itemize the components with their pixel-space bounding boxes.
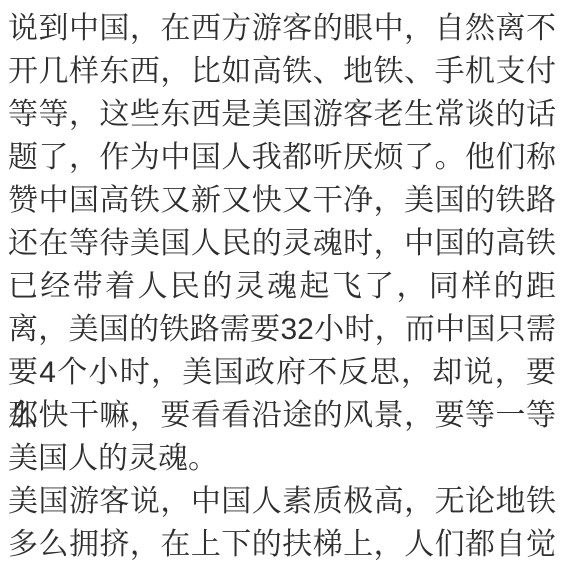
text-page: 说到中国，在西方游客的眼中，自然离不开几样东西，比如高铁、地铁、手机支付等等，这… xyxy=(0,0,564,577)
text-line: 么快干嘛，要看看沿途的风景，要等一等 xyxy=(8,394,556,437)
text-line: 说到中国，在西方游客的眼中，自然离不 xyxy=(8,7,556,50)
text-line: 题了，作为中国人我都听厌烦了。他们称 xyxy=(8,136,556,179)
text-line: 美国游客说，中国人素质极高，无论地铁 xyxy=(8,480,556,523)
text-line: 多么拥挤，在上下的扶梯上，人们都自觉 xyxy=(8,523,556,566)
text-line: 等等，这些东西是美国游客老生常谈的话 xyxy=(8,93,556,136)
text-line: 已经带着人民的灵魂起飞了，同样的距 xyxy=(8,265,556,308)
text-body: 说到中国，在西方游客的眼中，自然离不开几样东西，比如高铁、地铁、手机支付等等，这… xyxy=(8,7,556,566)
text-line: 赞中国高铁又新又快又干净，美国的铁路 xyxy=(8,179,556,222)
text-line: 美国人的灵魂。 xyxy=(8,437,556,480)
text-line: 开几样东西，比如高铁、地铁、手机支付 xyxy=(8,50,556,93)
text-line: 离，美国的铁路需要32小时，而中国只需 xyxy=(8,308,556,351)
text-line: 要4个小时，美国政府不反思，却说，要那 xyxy=(8,351,556,394)
text-line: 还在等待美国人民的灵魂时，中国的高铁 xyxy=(8,222,556,265)
